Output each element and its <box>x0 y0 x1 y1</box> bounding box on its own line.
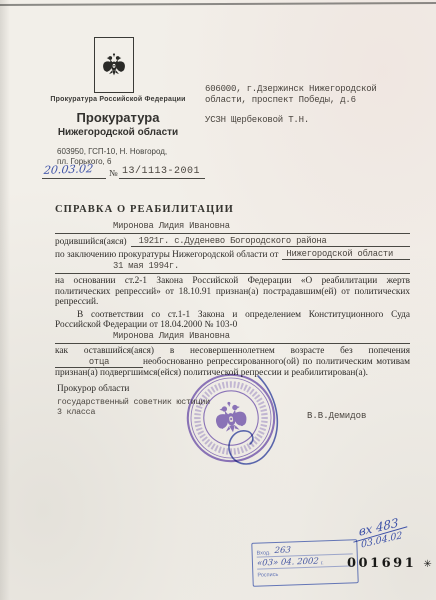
form-line-conclusion: по заключению прокуратуры Нижегородской … <box>55 247 410 260</box>
date-underline <box>42 178 106 179</box>
russian-eagle-emblem-icon <box>99 43 129 87</box>
org-region: Нижегородской области <box>40 127 196 138</box>
round-official-seal <box>168 355 294 481</box>
seal-graphic-icon <box>168 355 294 481</box>
entry-number-handwritten: 263 <box>274 545 291 556</box>
number-sign: № <box>109 168 118 178</box>
paragraph-guardian-intro: как оставшийся(аяся) в несовершеннолетне… <box>55 346 410 357</box>
signer-name: В.В.Демидов <box>307 411 366 421</box>
recipient-address-line2: области, проспект Победы, д.6 <box>205 95 377 106</box>
born-value-typed: 1921г. с.Дуденево Богородского района <box>131 236 327 246</box>
entry-date-suffix: г. <box>321 560 324 566</box>
recipient-address-line1: 606000, г.Дзержинск Нижегородской <box>205 84 377 95</box>
conclusion-label: по заключению прокуратуры Нижегородской … <box>55 250 282 260</box>
recipient-block: 606000, г.Дзержинск Нижегородской област… <box>205 84 377 126</box>
serial-asterisk-icon: ✳ <box>423 559 431 570</box>
conclusion-value-typed: Нижегородской области <box>282 249 393 259</box>
number-underline <box>119 178 205 179</box>
form-line-born: родившийся(аяся) 1921г. с.Дуденево Богор… <box>55 234 410 247</box>
coat-of-arms-box <box>94 37 134 93</box>
serial-number-stamp: 001691 ✳ <box>347 556 432 571</box>
guardian-value-typed: отца <box>89 357 109 367</box>
born-label: родившийся(аяся) <box>55 237 131 247</box>
recipient-name: УСЗН Щербековой Т.Н. <box>205 115 377 126</box>
entry-sign-label: Роспись <box>257 572 278 579</box>
subject-name-typed-2: Миронова Лидия Ивановна <box>55 331 230 341</box>
entry-registration-stamp: Вход. 263 «03» 04. 2002 г. Роспись <box>251 539 358 587</box>
form-line-name2: Миронова Лидия Ивановна <box>55 330 410 344</box>
document-number: 13/1113-2001 <box>122 166 200 177</box>
org-name: Прокуратура <box>40 110 196 125</box>
signer-position: Прокурор области <box>57 384 129 394</box>
subject-name-typed: Миронова Лидия Ивановна <box>55 221 230 231</box>
paragraph-basis: на основании ст.2-1 Закона Российской Фе… <box>55 276 410 308</box>
form-line-conclusion-date: 31 мая 1994г. <box>55 260 410 274</box>
paragraph-accordance: В соответствии со ст.1-1 Закона и опреде… <box>55 310 410 331</box>
org-address-line1: 603950, ГСП-10, Н. Новгород, <box>57 147 167 157</box>
letterhead: Прокуратура Российской Федерации Прокура… <box>40 96 196 138</box>
org-superior-name: Прокуратура Российской Федерации <box>40 96 196 103</box>
entry-stamp-row-sign: Роспись <box>257 566 353 578</box>
handwritten-date: 20.03.02 <box>43 162 94 177</box>
form-line-name: Миронова Лидия Ивановна <box>55 220 410 234</box>
certificate-body: СПРАВКА О РЕАБИЛИТАЦИИ Миронова Лидия Ив… <box>55 204 410 379</box>
certificate-title: СПРАВКА О РЕАБИЛИТАЦИИ <box>55 204 410 215</box>
entry-label: Вход. <box>257 550 271 556</box>
conclusion-date-typed: 31 мая 1994г. <box>55 261 179 271</box>
